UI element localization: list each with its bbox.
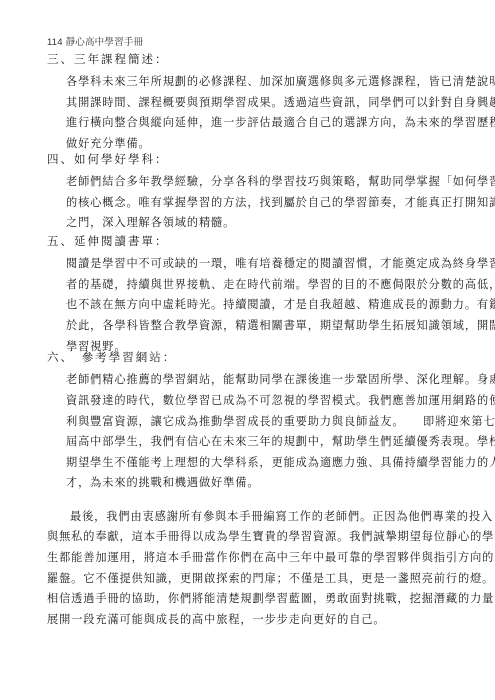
paragraph-line: 進行橫向整合與縱向延伸，進一步評估最適合自己的選課方向，為未來的學習歷程 bbox=[66, 114, 448, 130]
paragraph-line: 其開課時間、課程概要與預期學習成果。透過這些資訊，同學們可以針對自身興趣 bbox=[66, 94, 448, 110]
document-page: 114 靜心高中學習手冊 三、三年課程簡述： 各學科未來三年所規劃的必修課程、加… bbox=[0, 0, 495, 700]
closing-paragraph-line: 生都能善加運用，將這本手冊當作你們在高中三年中最可靠的學習夥伴與指引方向的 bbox=[47, 549, 448, 565]
paragraph-line: 利與豐富資源，讓它成為推動學習成長的重要助力與良師益友。 即將迎來第七 bbox=[66, 413, 448, 429]
section-heading-how-to-learn: 四、如何學好學科： bbox=[47, 151, 169, 167]
closing-paragraph-line: 相信透過手冊的協助，你們將能清楚規劃學習藍圖，勇敢面對挑戰，挖掘潛藏的力量， bbox=[47, 590, 448, 606]
closing-paragraph-line: 羅盤。它不僅提供知識，更開啟探索的門扉；不僅是工具，更是一盞照亮前行的燈。 bbox=[47, 570, 448, 586]
closing-paragraph-line: 最後，我們由衷感謝所有參與本手冊編寫工作的老師們。正因為他們專業的投入 bbox=[47, 508, 448, 524]
paragraph-line: 各學科未來三年所規劃的必修課程、加深加廣選修與多元選修課程，皆已清楚說明 bbox=[66, 73, 448, 89]
paragraph-line: 才，為未來的挑戰和機遇做好準備。 bbox=[66, 474, 448, 490]
paragraph-line: 做好充分準備。 bbox=[66, 135, 448, 151]
closing-paragraph-line: 展開一段充滿可能與成長的高中旅程，一步步走向更好的自己。 bbox=[47, 611, 448, 627]
running-header: 114 靜心高中學習手冊 bbox=[47, 34, 143, 48]
paragraph-line: 資訊發達的時代，數位學習已成為不可忽視的學習模式。我們應善加運用網路的便 bbox=[66, 392, 448, 408]
paragraph-line: 的核心概念。唯有掌握學習的方法，找到屬於自己的學習節奏，才能真正打開知識 bbox=[66, 194, 448, 210]
closing-paragraph-line: 與無私的奉獻，這本手冊得以成為學生寶貴的學習資源。我們誠摯期望每位靜心的學 bbox=[47, 528, 448, 544]
paragraph-line: 者的基礎，持續與世界接軌、走在時代前端。學習的目的不應侷限於分數的高低， bbox=[66, 276, 448, 292]
section-heading-course-overview: 三、三年課程簡述： bbox=[47, 51, 169, 67]
paragraph-line: 於此，各學科皆整合教學資源，精選相關書單，期望幫助學生拓展知識領域，開闊 bbox=[66, 317, 448, 333]
paragraph-line: 也不該在無方向中虛耗時光。持續閱讀，才是自我超越、精進成長的源動力。有鑑 bbox=[66, 296, 448, 312]
paragraph-line: 屆高中部學生，我們有信心在未來三年的規劃中，幫助學生們延續優秀表現。學校 bbox=[66, 433, 448, 449]
paragraph-line: 老師們精心推薦的學習網站，能幫助同學在課後進一步鞏固所學、深化理解。身處 bbox=[66, 371, 448, 387]
section-heading-reference-websites: 六、 參考學習網站： bbox=[47, 349, 176, 365]
paragraph-line: 閱讀是學習中不可或缺的一環，唯有培養穩定的閱讀習慣，才能奠定成為終身學習 bbox=[66, 255, 448, 271]
paragraph-line: 期望學生不僅能考上理想的大學科系，更能成為適應力強、具備持續學習能力的人 bbox=[66, 454, 448, 470]
section-heading-reading-list: 五、延伸閱讀書單： bbox=[47, 233, 169, 249]
paragraph-line: 老師們結合多年教學經驗，分享各科的學習技巧與策略，幫助同學掌握「如何學習」 bbox=[66, 173, 448, 189]
paragraph-line: 之門，深入理解各領域的精髓。 bbox=[66, 214, 448, 230]
